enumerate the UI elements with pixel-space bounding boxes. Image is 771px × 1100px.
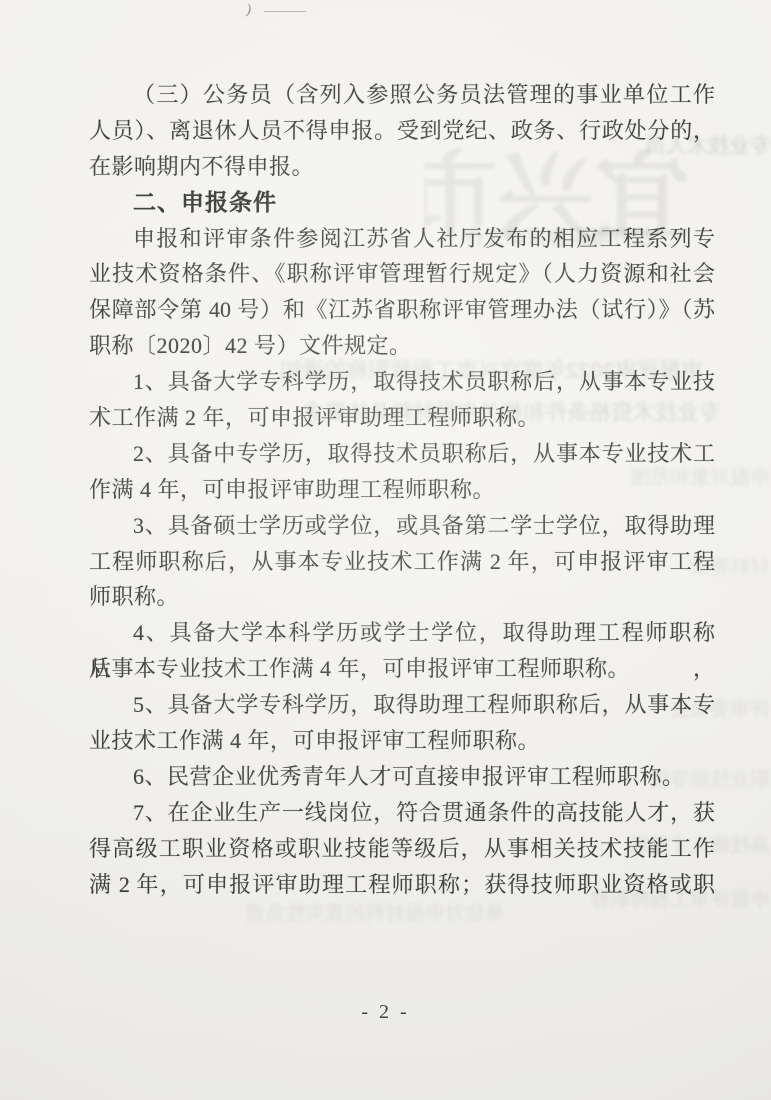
text-line: 4、具备大学本科学历或学士学位，取得助理工程师职称后， [89,615,715,651]
text-line: 业技术资格条件、《职称评审管理暂行规定》（人力资源和社会 [89,256,715,292]
text-line: 在影响期内不得申报。 [89,149,715,185]
text-line: 满 2 年，可申报评审助理工程师职称；获得技师职业资格或职 [89,867,715,903]
text-line: （三）公务员（含列入参照公务员法管理的事业单位工作 [89,77,715,113]
text-line: 3、具备硕士学历或学位，或具备第二学士学位，取得助理 [89,508,715,544]
text-line: 申报和评审条件参阅江苏省人社厅发布的相应工程系列专 [89,221,715,257]
text-line: 术工作满 2 年，可申报评审助理工程师职称。 [89,400,715,436]
page-number: - 2 - [0,1001,771,1024]
document-body: （三）公务员（含列入参照公务员法管理的事业单位工作 人员）、离退休人员不得申报。… [89,77,715,902]
scan-artifact-line [264,11,306,12]
text-line: 1、具备大学专科学历，取得技术员职称后，从事本专业技 [89,364,715,400]
text-line: 2、具备中专学历，取得技术员职称后，从事本专业技术工 [89,436,715,472]
text-line: 保障部令第 40 号）和《江苏省职称评审管理办法（试行）》（苏 [89,292,715,328]
text-line: 师职称。 [89,579,715,615]
text-line: 从事本专业技术工作满 4 年，可申报评审工程师职称。 [89,651,715,687]
scanned-document-page: ) 宜兴市 专业技术人员 已开展职称评审工作 申报评审2022年度宜兴市工程师职… [0,0,771,1100]
text-line: 5、具备大学专科学历，取得助理工程师职称后，从事本专 [89,687,715,723]
section-heading: 二、申报条件 [89,185,715,221]
text-line: 作满 4 年，可申报评审助理工程师职称。 [89,472,715,508]
scan-artifact-mark: ) [244,2,253,20]
text-line: 6、民营企业优秀青年人才可直接申报评审工程师职称。 [89,759,715,795]
text-line: 工程师职称后，从事本专业技术工作满 2 年，可申报评审工程 [89,544,715,580]
text-line: 7、在企业生产一线岗位，符合贯通条件的高技能人才，获 [89,795,715,831]
bleed-through-text: 单位对申报材料的真实性负责 [160,902,505,927]
text-line: 得高级工职业资格或职业技能等级后，从事相关技术技能工作 [89,831,715,867]
text-line: 人员）、离退休人员不得申报。受到党纪、政务、行政处分的， [89,113,715,149]
text-line: 业技术工作满 4 年，可申报评审工程师职称。 [89,723,715,759]
text-line: 职称〔2020〕42 号）文件规定。 [89,328,715,364]
